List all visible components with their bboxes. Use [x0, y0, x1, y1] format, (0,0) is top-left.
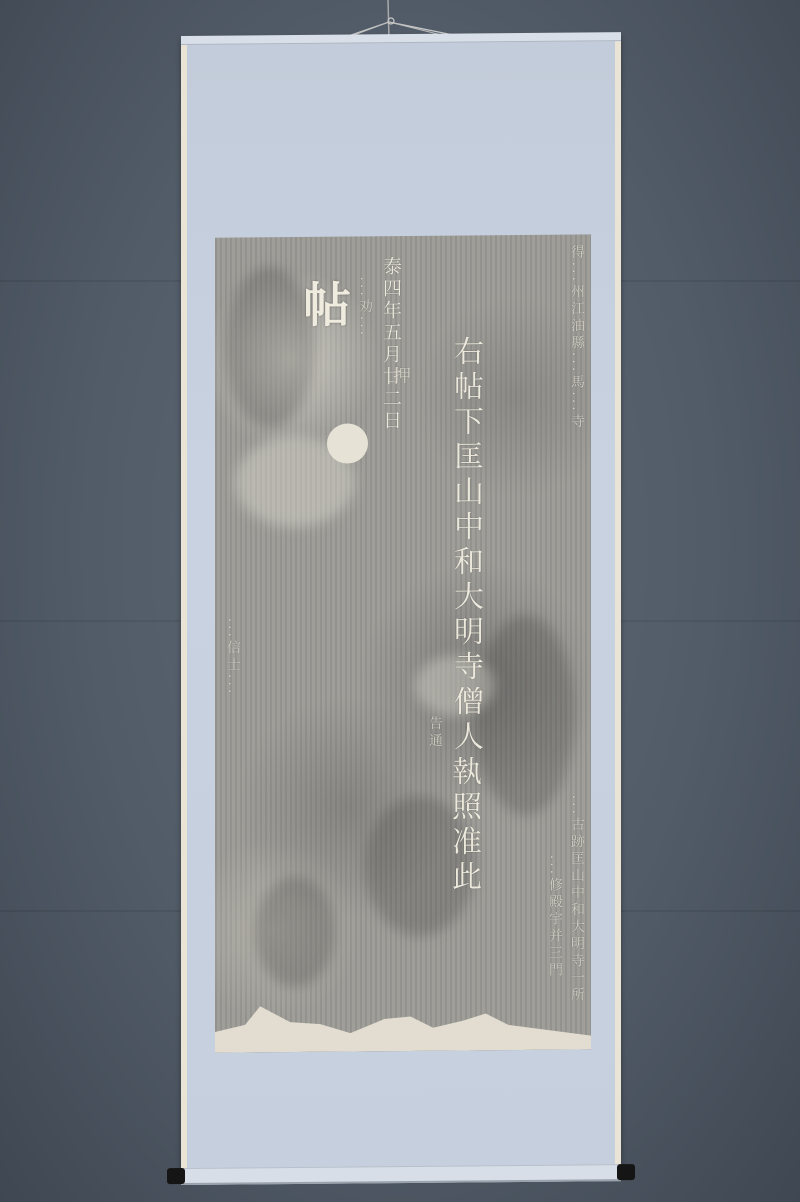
roller-knob-right [617, 1164, 635, 1180]
side-note: 告通 [425, 716, 445, 750]
right-column-2: ...古跡匡山中和大明寺一所 [567, 794, 587, 1004]
circular-seal-mark [327, 423, 368, 463]
bottom-roller [167, 1164, 635, 1184]
hanging-scroll: 帖 泰四年五月廿二日 ...劝... 押 右帖下匡山中和大明寺僧人 告通 執照准… [181, 34, 621, 1178]
date-inscription: 泰四年五月廿二日 [378, 256, 405, 432]
right-column-1: 得...州江油縣...馬...寺 [567, 244, 587, 430]
main-inscription-lower: 執照准此 [441, 755, 485, 895]
small-inscription: ...劝... [355, 276, 375, 338]
main-inscription-upper: 右帖下匡山中和大明寺僧人 [443, 335, 487, 755]
right-column-3: ...修殿宇并三門 [545, 855, 565, 980]
title-character: 帖 [303, 267, 351, 336]
rubbing-torn-edge [215, 1003, 591, 1052]
roller-knob-left [167, 1168, 185, 1184]
scroll-right-border [615, 34, 621, 1174]
scroll-left-border [181, 38, 187, 1178]
left-column-1: ...信士... [223, 617, 243, 696]
signature-mark: 押 [387, 366, 413, 387]
stone-rubbing: 帖 泰四年五月廿二日 ...劝... 押 右帖下匡山中和大明寺僧人 告通 執照准… [215, 234, 591, 1052]
